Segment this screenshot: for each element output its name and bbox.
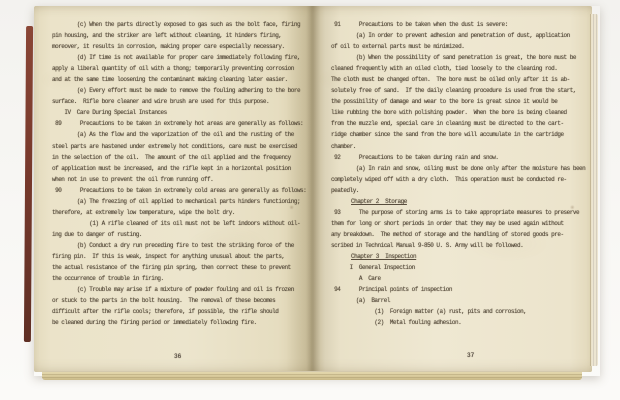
paragraph-94: 94 Principal points of inspection: [331, 284, 593, 295]
right-page: 91 Precautions to be taken when the dust…: [311, 6, 592, 372]
paragraph-89: 89 Precautions to be taken in extremely …: [52, 118, 314, 129]
left-page-number: 36: [174, 353, 181, 360]
paragraph-91b: (b) When the possibility of sand penetra…: [331, 52, 593, 151]
paragraph-d: (d) If time is not available for proper …: [52, 52, 314, 85]
page-edge-stack-bottom: [42, 371, 582, 380]
paragraph-90a: (a) The freezing of oil applied to mecha…: [52, 196, 314, 218]
paragraph-92: 92 Precautions to be taken during rain a…: [331, 152, 593, 163]
book-cover-edge: [24, 26, 33, 342]
paragraph-91: 91 Precautions to be taken when the dust…: [331, 19, 593, 30]
paragraph-e: (e) Every effort must be made to remove …: [52, 85, 314, 107]
paragraph-93: 93 The purpose of storing arms is to tak…: [331, 207, 593, 251]
chapter-3-heading: Chapter 3 Inspection: [351, 251, 593, 262]
paragraph-90: 90 Precautions to be taken in extremely …: [52, 185, 314, 196]
paragraph-94a-barrel: (a) Barrel: [331, 295, 593, 306]
paragraph-94a1: (1) Foreign matter (a) rust, pits and co…: [331, 306, 593, 317]
page-edge-stack-right: [590, 14, 598, 366]
paragraph-94a2: (2) Metal fouling adhesion.: [331, 317, 593, 328]
left-page-text: (c) When the parts directly exposed to g…: [52, 19, 314, 328]
section-i-general-inspection: I General Inspection: [331, 262, 593, 273]
subsection-a-care: A Care: [331, 273, 593, 284]
paragraph-91a: (a) In order to prevent adhesion and pen…: [331, 30, 593, 52]
paragraph-89a: (a) As the flow and the vaporization of …: [52, 129, 314, 184]
section-heading-iv: IV Care During Special Instances: [52, 107, 314, 118]
paragraph-90b: (b) Conduct a dry run preceding fire to …: [52, 240, 314, 284]
right-page-text: 91 Precautions to be taken when the dust…: [331, 19, 593, 328]
right-page-number: 37: [467, 352, 474, 359]
paragraph-c: (c) When the parts directly exposed to g…: [52, 19, 314, 52]
paragraph-90a1: (1) A rifle cleaned of its oil must not …: [52, 218, 314, 240]
chapter-2-heading: Chapter 2 Storage: [351, 196, 593, 207]
paragraph-92a: (a) In rain and snow, oiling must be don…: [331, 163, 593, 196]
left-page: (c) When the parts directly exposed to g…: [34, 6, 311, 372]
open-book: (c) When the parts directly exposed to g…: [34, 6, 600, 376]
scanned-book-photo: (c) When the parts directly exposed to g…: [0, 0, 620, 400]
paragraph-90c: (c) Trouble may arise if a mixture of po…: [52, 284, 314, 328]
